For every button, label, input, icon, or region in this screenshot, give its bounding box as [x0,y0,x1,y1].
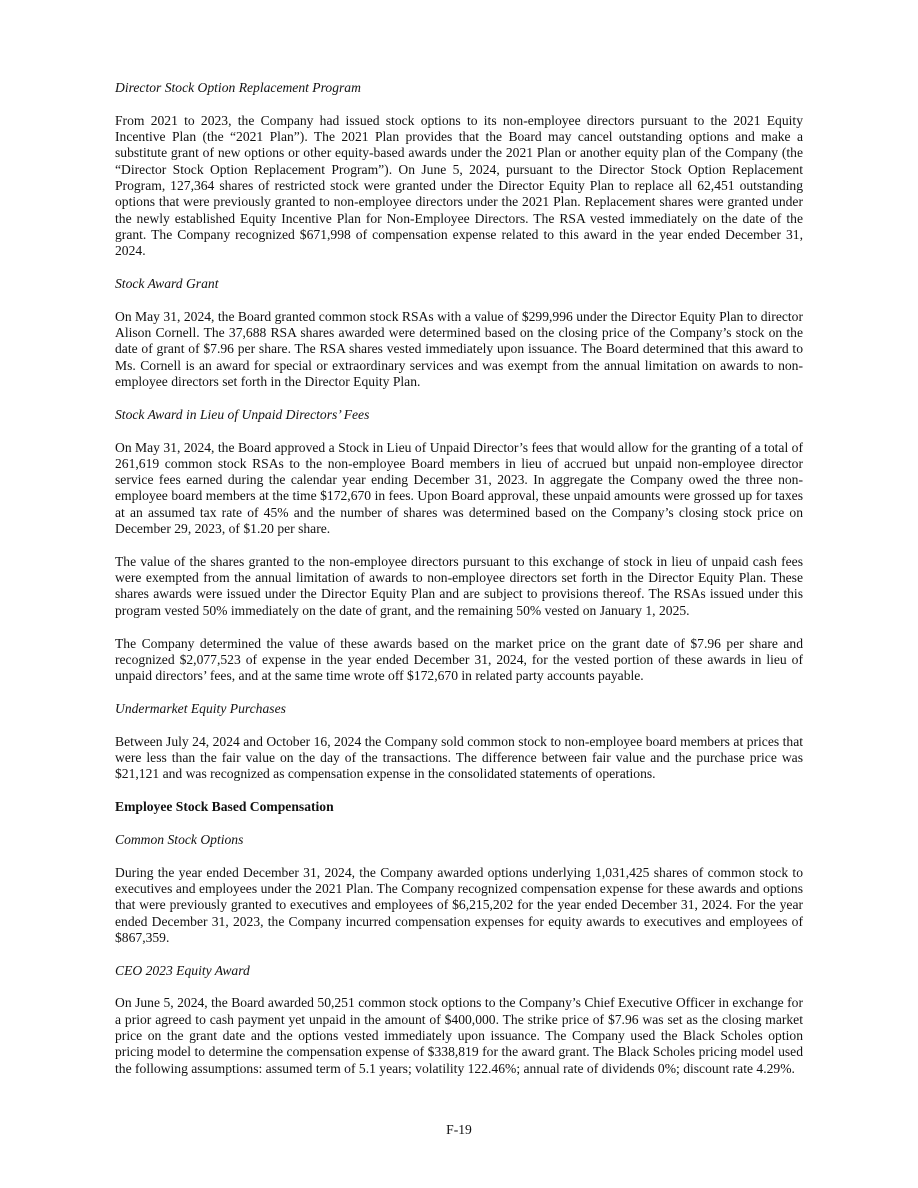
section-stock-award-in-lieu-of-fees: Stock Award in Lieu of Unpaid Directors’… [115,407,803,685]
section-ceo-equity-award: CEO 2023 Equity Award On June 5, 2024, t… [115,963,803,1077]
section-heading: Undermarket Equity Purchases [115,701,803,717]
section-director-stock-option-replacement: Director Stock Option Replacement Progra… [115,80,803,259]
section-heading: Director Stock Option Replacement Progra… [115,80,803,96]
paragraph: On May 31, 2024, the Board approved a St… [115,440,803,538]
document-page: Director Stock Option Replacement Progra… [115,80,803,1093]
paragraph: On June 5, 2024, the Board awarded 50,25… [115,995,803,1076]
paragraph: During the year ended December 31, 2024,… [115,865,803,946]
section-employee-stock-based-compensation: Employee Stock Based Compensation [115,799,803,815]
section-heading: Stock Award in Lieu of Unpaid Directors’… [115,407,803,423]
section-undermarket-equity-purchases: Undermarket Equity Purchases Between Jul… [115,701,803,783]
section-stock-award-grant: Stock Award Grant On May 31, 2024, the B… [115,276,803,390]
page-number: F-19 [0,1122,918,1138]
section-common-stock-options: Common Stock Options During the year end… [115,832,803,946]
section-heading: Common Stock Options [115,832,803,848]
paragraph: On May 31, 2024, the Board granted commo… [115,309,803,390]
paragraph: Between July 24, 2024 and October 16, 20… [115,734,803,783]
paragraph: The value of the shares granted to the n… [115,554,803,619]
paragraph: From 2021 to 2023, the Company had issue… [115,113,803,260]
section-heading-bold: Employee Stock Based Compensation [115,799,803,815]
section-heading: CEO 2023 Equity Award [115,963,803,979]
paragraph: The Company determined the value of thes… [115,636,803,685]
section-heading: Stock Award Grant [115,276,803,292]
